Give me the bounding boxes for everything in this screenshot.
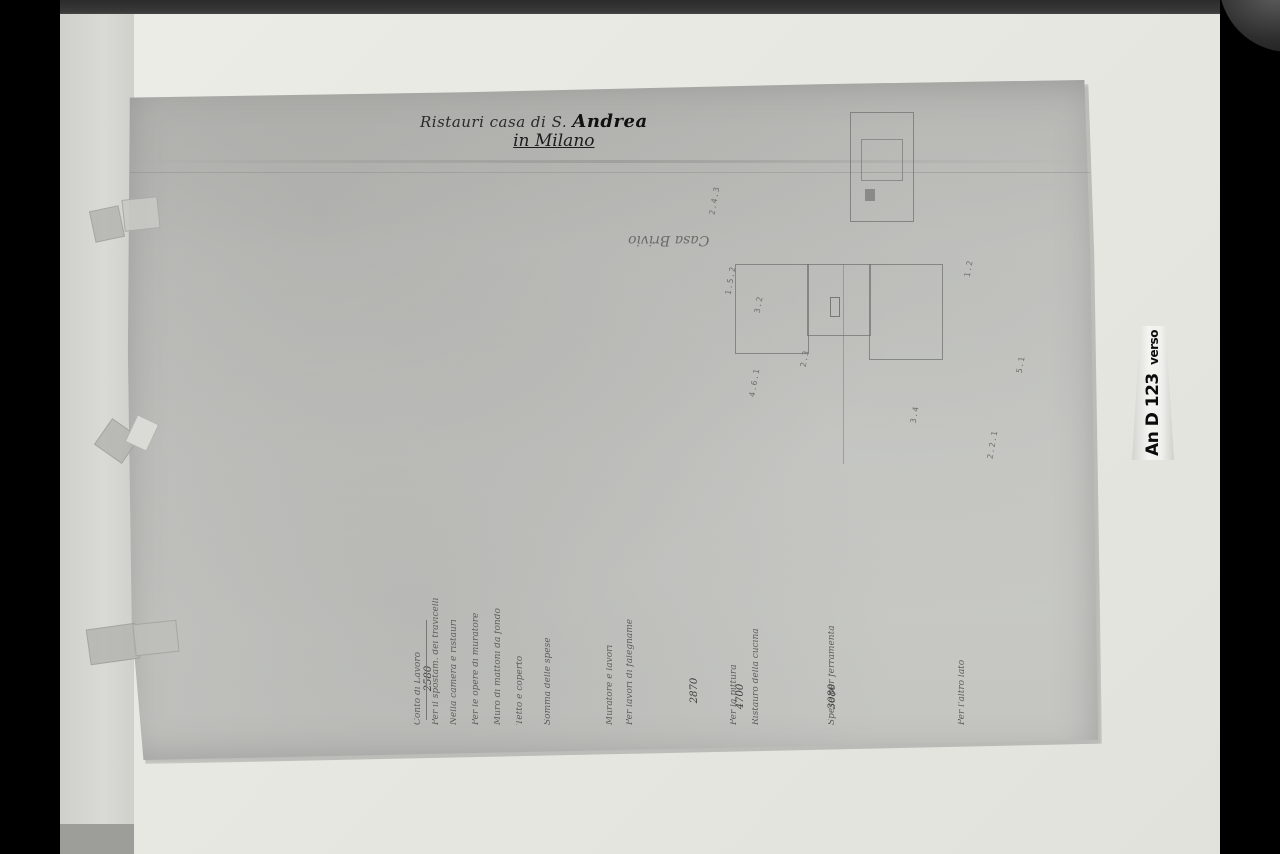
left-mount-strip-bottom: [60, 824, 134, 854]
tape-strip-bottom-overlap: [132, 620, 179, 656]
floor-plan-marker: [865, 189, 875, 201]
manuscript-cost-account: Conto di Lavoro Per il spostam. dei trav…: [410, 505, 1050, 735]
title-prefix: Ristauri casa di S.: [420, 113, 567, 131]
floor-plan-sketch-right: [869, 264, 943, 360]
floor-plan-sketch-left: [735, 264, 809, 354]
manuscript-line: Somma delle spese: [544, 505, 553, 725]
pencil-guide-vertical: [843, 264, 844, 464]
title-line-1: Ristauri casa di S. Andrea: [420, 112, 648, 132]
manuscript-line: Muro di mattoni da fondo: [494, 505, 503, 725]
floor-plan-door: [830, 297, 840, 317]
casa-label: Casa Brivio: [628, 232, 709, 248]
manuscript-bracket: [426, 620, 427, 720]
tape-strip-top-overlap: [121, 196, 160, 232]
floor-plan-room: [861, 139, 903, 181]
archive-label: An D 123 verso: [1143, 330, 1163, 456]
floor-plan-sketch-top: [850, 112, 914, 222]
manuscript-line: Tetto e coperto: [516, 505, 525, 725]
floor-plan-sketch-center: [807, 264, 871, 336]
manuscript-line: Per le opere di muratore: [472, 505, 481, 725]
manuscript-total: 2580: [423, 666, 434, 691]
manuscript-line: Ristauro della cucina: [752, 505, 761, 725]
archive-shelfmark: An D 123: [1143, 373, 1163, 456]
manuscript-line: Per il spostam. dei travicelli: [432, 505, 441, 725]
title-line-2: in Milano: [460, 132, 648, 151]
manuscript-line: Conto di Lavoro: [414, 505, 423, 725]
pencil-guide-horizontal: [130, 172, 1090, 173]
manuscript-total: 4700: [735, 684, 746, 709]
manuscript-line: Muratore e lavori: [606, 505, 615, 725]
right-black-margin: [1220, 0, 1280, 854]
left-black-margin: [0, 0, 60, 854]
manuscript-line: Per l'altro lato: [958, 505, 967, 725]
manuscript-total: 3080: [827, 684, 838, 709]
manuscript-total: 2870: [689, 678, 700, 703]
archive-side: verso: [1147, 330, 1161, 365]
tape-strip-top: [89, 205, 125, 243]
title-name: Andrea: [572, 111, 647, 132]
title-inscription: Ristauri casa di S. Andrea in Milano: [420, 112, 648, 150]
manuscript-line: Nella camera e ristauri: [450, 505, 459, 725]
fold-line: [124, 160, 1098, 163]
manuscript-line: Per lavori di falegname: [626, 505, 635, 725]
